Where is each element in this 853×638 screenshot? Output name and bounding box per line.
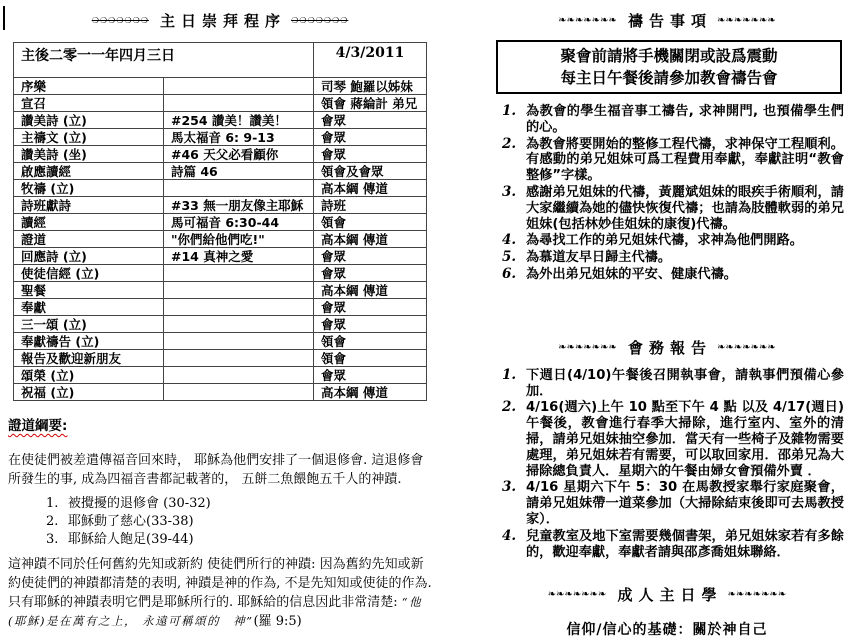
service-table-row: 證道"你們給他們吃!"高本綱 傳道 — [14, 231, 427, 248]
service-person-cell: 會眾 — [314, 112, 427, 129]
service-content-cell: 馬太福音 6: 9-13 — [164, 129, 314, 146]
prayer-section-title-line: ❧❧❧❧❧❧❧ 禱告事項 ❧❧❧❧❧❧❧ — [488, 10, 846, 31]
sunday-school-title-line: ❧❧❧❧❧❧❧ 成人主日學 ❧❧❧❧❧❧❧ — [488, 584, 846, 605]
service-table-row: 讚美詩 (坐)#46 天父必看顧你會眾 — [14, 146, 427, 163]
cell-text: 領會 — [321, 215, 346, 230]
service-content-cell — [164, 316, 314, 333]
item-text: 4/16 星期六下午 5：30 在馬教授家舉行家庭聚會，請弟兄姐妹帶一道菜參加（… — [526, 480, 846, 527]
list-item: 3.4/16 星期六下午 5：30 在馬教授家舉行家庭聚會，請弟兄姐妹帶一道菜參… — [502, 480, 846, 527]
worship-program-title: 主日崇拜程序 — [154, 12, 286, 30]
table-header-row: 主後二零一一年四月三日 4/3/2011 — [14, 43, 427, 78]
service-item-cell: 啟應讀經 — [14, 163, 164, 180]
service-person-cell: 會眾 — [314, 265, 427, 282]
service-content-cell: #14 真神之愛 — [164, 248, 314, 265]
service-item-cell: 主禱文 (立) — [14, 129, 164, 146]
cell-text: 會眾 — [321, 300, 346, 315]
service-person-cell: 高本綱 傳道 — [314, 180, 427, 197]
cell-text: 詩班 — [321, 198, 346, 213]
cell-text: 領會 — [321, 334, 346, 349]
point-number: 2. — [46, 513, 68, 531]
notice-box: 聚會前請將手機關閉或設爲震動 每主日午餐後請參加教會禱告會 — [496, 40, 842, 94]
affairs-section-title-line: ❧❧❧❧❧❧❧ 會務報告 ❧❧❧❧❧❧❧ — [488, 337, 846, 358]
service-table-row: 啟應讀經詩篇 46領會及會眾 — [14, 163, 427, 180]
service-item-cell: 回應詩 (立) — [14, 248, 164, 265]
service-table-row: 詩班獻詩#33 無一朋友像主耶穌詩班 — [14, 197, 427, 214]
service-item-cell: 讀經 — [14, 214, 164, 231]
service-person-cell: 司琴 鮑羅以姊妹 — [314, 78, 427, 95]
service-content-cell — [164, 384, 314, 401]
service-table-row: 祝福 (立)高本綱 傳道 — [14, 384, 427, 401]
service-item-cell: 報告及歡迎新朋友 — [14, 350, 164, 367]
list-item: 3.感謝弟兄姐妹的代禱，黃麗斌姐妹的眼疾手術順利，請大家繼續為她的儘快恢復代禱；… — [502, 185, 846, 232]
announcements-page: ❧❧❧❧❧❧❧ 禱告事項 ❧❧❧❧❧❧❧ 聚會前請將手機關閉或設爲震動 每主日午… — [488, 4, 846, 638]
item-text: 4/16(週六)上午 10 點至下午 4 點 以及 4/17(週日)午餐後，教會… — [526, 400, 846, 479]
service-person-cell: 會眾 — [314, 129, 427, 146]
service-content-cell — [164, 282, 314, 299]
cell-text: 會眾 — [321, 113, 346, 128]
service-table-row: 序樂司琴 鮑羅以姊妹 — [14, 78, 427, 95]
cell-text: 奉獻 — [21, 300, 46, 315]
cell-text: 使徒信經 (立) — [21, 266, 99, 281]
item-number: 1. — [502, 104, 526, 136]
cell-text: 高本綱 傳道 — [321, 232, 388, 247]
cell-text: 會眾 — [321, 266, 346, 281]
cell-text: 讚美詩 (立) — [21, 113, 87, 128]
cell-text: 詩篇 46 — [171, 164, 218, 179]
sermon-points-list: 1.被攪擾的退修會 (30-32)2.耶穌動了慈心(33-38)3.耶穌給人飽足… — [46, 495, 434, 549]
cell-text: "你們給他們吃!" — [171, 232, 265, 247]
service-table-row: 奉獻會眾 — [14, 299, 427, 316]
list-item: 1.為教會的學生福音事工禱告, 求神開門, 也預備學生們的心。 — [502, 104, 846, 136]
service-table-row: 主禱文 (立)馬太福音 6: 9-13會眾 — [14, 129, 427, 146]
scroll-ornament-icon: ❧❧❧❧❧❧❧ — [728, 589, 787, 600]
cell-text: #46 天父必看顧你 — [171, 147, 278, 162]
text-cursor — [3, 6, 5, 30]
service-item-cell: 牧禱 (立) — [14, 180, 164, 197]
sermon-point: 3.耶穌給人飽足(39-44) — [46, 531, 434, 549]
cell-text: 高本綱 傳道 — [321, 385, 388, 400]
scroll-ornament-icon: ❧❧❧❧❧❧❧ — [717, 342, 776, 353]
point-number: 3. — [46, 531, 68, 549]
service-item-cell: 奉獻禱告 (立) — [14, 333, 164, 350]
service-content-cell — [164, 180, 314, 197]
cell-text: 會眾 — [321, 317, 346, 332]
scroll-ornament-icon: ❧❧❧❧❧❧❧ — [558, 15, 617, 26]
item-text: 為教會的學生福音事工禱告, 求神開門, 也預備學生們的心。 — [526, 104, 846, 136]
ornament-chain-icon: ❍❍❍❍❍❍❍ — [291, 16, 348, 25]
service-person-cell: 高本綱 傳道 — [314, 231, 427, 248]
list-item: 4.為尋找工作的弟兄姐妹代禱，求神為他們開路。 — [502, 233, 846, 249]
cell-text: 會眾 — [321, 130, 346, 145]
service-order-table: 主後二零一一年四月三日 4/3/2011 序樂司琴 鮑羅以姊妹宣召領會 蔣綸計 … — [13, 42, 427, 401]
service-person-cell: 會眾 — [314, 316, 427, 333]
service-person-cell: 領會及會眾 — [314, 163, 427, 180]
cell-text: 馬可福音 6:30-44 — [171, 215, 279, 230]
cell-text: 頌榮 (立) — [21, 368, 74, 383]
item-number: 3. — [502, 185, 526, 232]
service-person-cell: 詩班 — [314, 197, 427, 214]
prayer-items-list: 1.為教會的學生福音事工禱告, 求神開門, 也預備學生們的心。2.為教會將要開始… — [502, 104, 846, 283]
cell-text: 報告及歡迎新朋友 — [21, 351, 121, 366]
list-item: 6.為外出弟兄姐妹的平安、健康代禱。 — [502, 267, 846, 283]
ornament-chain-icon: ❍❍❍❍❍❍❍ — [92, 16, 149, 25]
service-table-row: 宣召領會 蔣綸計 弟兄 — [14, 95, 427, 112]
service-person-cell: 會眾 — [314, 367, 427, 384]
service-table-row: 回應詩 (立)#14 真神之愛會眾 — [14, 248, 427, 265]
service-item-cell: 詩班獻詩 — [14, 197, 164, 214]
item-number: 2. — [502, 137, 526, 184]
service-item-cell: 三一頌 (立) — [14, 316, 164, 333]
cell-text: 會眾 — [321, 249, 346, 264]
point-number: 1. — [46, 495, 68, 513]
service-item-cell: 奉獻 — [14, 299, 164, 316]
service-content-cell: 詩篇 46 — [164, 163, 314, 180]
service-content-cell: #46 天父必看顧你 — [164, 146, 314, 163]
service-item-cell: 讚美詩 (立) — [14, 112, 164, 129]
affairs-section-title: 會務報告 — [622, 339, 712, 357]
service-item-cell: 聖餐 — [14, 282, 164, 299]
service-table-row: 聖餐高本綱 傳道 — [14, 282, 427, 299]
service-person-cell: 領會 蔣綸計 弟兄 — [314, 95, 427, 112]
item-text: 感謝弟兄姐妹的代禱，黃麗斌姐妹的眼疾手術順利，請大家繼續為她的儘快恢復代禱；也請… — [526, 185, 846, 232]
cell-text: 會眾 — [321, 147, 346, 162]
service-content-cell — [164, 367, 314, 384]
cell-text: 證道 — [21, 232, 46, 247]
item-text: 兒童教室及地下室需要幾個書架，弟兄姐妹家若有多餘的，歡迎奉獻，奉獻者請與邵彥喬姐… — [526, 529, 846, 561]
service-person-cell: 高本綱 傳道 — [314, 282, 427, 299]
affairs-items-list: 1.下週日(4/10)午餐後召開執事會，請執事們預備心參加．2.4/16(週六)… — [502, 368, 846, 561]
service-table-row: 三一頌 (立)會眾 — [14, 316, 427, 333]
item-text: 為外出弟兄姐妹的平安、健康代禱。 — [526, 267, 846, 283]
cell-text: 領會及會眾 — [321, 164, 384, 179]
service-content-cell — [164, 95, 314, 112]
cell-text: 讚美詩 (坐) — [21, 147, 87, 162]
service-item-cell: 祝福 (立) — [14, 384, 164, 401]
service-item-cell: 宣召 — [14, 95, 164, 112]
worship-program-title-line: ❍❍❍❍❍❍❍ 主日崇拜程序 ❍❍❍❍❍❍❍ — [6, 10, 434, 31]
item-number: 5. — [502, 250, 526, 266]
service-table-row: 讀經馬可福音 6:30-44領會 — [14, 214, 427, 231]
notice-line-1: 聚會前請將手機關閉或設爲震動 — [502, 45, 836, 67]
cell-text: 馬太福音 6: 9-13 — [171, 130, 275, 145]
item-text: 為尋找工作的弟兄姐妹代禱，求神為他們開路。 — [526, 233, 846, 249]
service-person-cell: 會眾 — [314, 248, 427, 265]
item-number: 3. — [502, 480, 526, 527]
sermon-point: 2.耶穌動了慈心(33-38) — [46, 513, 434, 531]
date-chinese: 主後二零一一年四月三日 — [14, 43, 314, 78]
cell-text: #254 讚美！讚美！ — [171, 113, 287, 128]
cell-text: #33 無一朋友像主耶穌 — [171, 198, 303, 213]
service-person-cell: 會眾 — [314, 299, 427, 316]
sermon-outline-heading: 證道綱要: — [8, 414, 67, 434]
service-person-cell: 領會 — [314, 214, 427, 231]
notice-line-2: 每主日午餐後請參加教會禱告會 — [502, 67, 836, 89]
prayer-section-title: 禱告事項 — [622, 12, 712, 30]
cell-text: 領會 蔣綸計 弟兄 — [321, 96, 417, 111]
service-person-cell: 高本綱 傳道 — [314, 384, 427, 401]
service-content-cell — [164, 333, 314, 350]
item-text: 下週日(4/10)午餐後召開執事會，請執事們預備心參加． — [526, 368, 846, 400]
paragraph-2-text: 這神蹟不同於任何舊約先知或新約 使徒們所行的神蹟: 因為舊約先知或新約使徒們的神… — [8, 557, 432, 610]
scroll-ornament-icon: ❧❧❧❧❧❧❧ — [548, 589, 607, 600]
service-item-cell: 使徒信經 (立) — [14, 265, 164, 282]
service-content-cell: #33 無一朋友像主耶穌 — [164, 197, 314, 214]
date-numeric: 4/3/2011 — [314, 43, 427, 78]
cell-text: 宣召 — [21, 96, 46, 111]
item-text: 為慕道友早日歸主代禱。 — [526, 250, 846, 266]
item-number: 6. — [502, 267, 526, 283]
cell-text: 高本綱 傳道 — [321, 181, 388, 196]
cell-text: 司琴 鮑羅以姊妹 — [321, 79, 413, 94]
cell-text: 聖餐 — [21, 283, 46, 298]
point-text: 被攪擾的退修會 (30-32) — [68, 495, 211, 513]
sunday-school-topic: 信仰/信心的基礎：關於神自己 — [488, 619, 846, 638]
cell-text: 回應詩 (立) — [21, 249, 87, 264]
service-table-row: 牧禱 (立)高本綱 傳道 — [14, 180, 427, 197]
service-table-row: 報告及歡迎新朋友領會 — [14, 350, 427, 367]
service-content-cell — [164, 350, 314, 367]
service-content-cell — [164, 265, 314, 282]
list-item: 2.4/16(週六)上午 10 點至下午 4 點 以及 4/17(週日)午餐後，… — [502, 400, 846, 479]
cell-text: 啟應讀經 — [21, 164, 71, 179]
scroll-ornament-icon: ❧❧❧❧❧❧❧ — [717, 15, 776, 26]
service-content-cell: 馬可福音 6:30-44 — [164, 214, 314, 231]
list-item: 4.兒童教室及地下室需要幾個書架，弟兄姐妹家若有多餘的，歡迎奉獻，奉獻者請與邵彥… — [502, 529, 846, 561]
service-content-cell: "你們給他們吃!" — [164, 231, 314, 248]
sermon-point: 1.被攪擾的退修會 (30-32) — [46, 495, 434, 513]
item-number: 2. — [502, 400, 526, 479]
sunday-school-title: 成人主日學 — [611, 586, 722, 604]
cell-text: 三一頌 (立) — [21, 317, 87, 332]
service-item-cell: 讚美詩 (坐) — [14, 146, 164, 163]
cell-text: 主禱文 (立) — [21, 130, 87, 145]
item-number: 4. — [502, 233, 526, 249]
service-person-cell: 會眾 — [314, 146, 427, 163]
list-item: 2.為教會將要開始的整修工程代禱，求神保守工程順利。有感動的弟兄姐妹可爲工程費用… — [502, 137, 846, 184]
cell-text: 詩班獻詩 — [21, 198, 71, 213]
service-content-cell — [164, 299, 314, 316]
service-content-cell: #254 讚美！讚美！ — [164, 112, 314, 129]
list-item: 1.下週日(4/10)午餐後召開執事會，請執事們預備心參加． — [502, 368, 846, 400]
cell-text: 序樂 — [21, 79, 46, 94]
cell-text: 奉獻禱告 (立) — [21, 334, 99, 349]
item-number: 4. — [502, 529, 526, 561]
sermon-outline-paragraph-2: 這神蹟不同於任何舊約先知或新約 使徒們所行的神蹟: 因為舊約先知或新約使徒們的神… — [8, 555, 434, 631]
service-item-cell: 頌榮 (立) — [14, 367, 164, 384]
scripture-reference: (羅 9:5) — [254, 614, 302, 629]
service-table-row: 使徒信經 (立)會眾 — [14, 265, 427, 282]
service-person-cell: 領會 — [314, 333, 427, 350]
scroll-ornament-icon: ❧❧❧❧❧❧❧ — [558, 342, 617, 353]
service-table-row: 頌榮 (立)會眾 — [14, 367, 427, 384]
service-table-row: 讚美詩 (立)#254 讚美！讚美！會眾 — [14, 112, 427, 129]
list-item: 5.為慕道友早日歸主代禱。 — [502, 250, 846, 266]
service-item-cell: 證道 — [14, 231, 164, 248]
service-table-row: 奉獻禱告 (立)領會 — [14, 333, 427, 350]
point-text: 耶穌動了慈心(33-38) — [68, 513, 194, 531]
item-number: 1. — [502, 368, 526, 400]
sermon-outline-paragraph-1: 在使徒們被差遣傳福音回來時， 耶穌為他們安排了一個退修會. 這退修會所發生的事,… — [8, 451, 434, 489]
worship-program-page: ❍❍❍❍❍❍❍ 主日崇拜程序 ❍❍❍❍❍❍❍ 主後二零一一年四月三日 4/3/2… — [6, 4, 434, 631]
service-item-cell: 序樂 — [14, 78, 164, 95]
item-text: 為教會將要開始的整修工程代禱，求神保守工程順利。有感動的弟兄姐妹可爲工程費用奉獻… — [526, 137, 846, 184]
cell-text: 高本綱 傳道 — [321, 283, 388, 298]
cell-text: 牧禱 (立) — [21, 181, 74, 196]
cell-text: 會眾 — [321, 368, 346, 383]
cell-text: #14 真神之愛 — [171, 249, 253, 264]
point-text: 耶穌給人飽足(39-44) — [68, 531, 194, 549]
cell-text: 領會 — [321, 351, 346, 366]
cell-text: 讀經 — [21, 215, 46, 230]
service-person-cell: 領會 — [314, 350, 427, 367]
service-content-cell — [164, 78, 314, 95]
cell-text: 祝福 (立) — [21, 385, 74, 400]
